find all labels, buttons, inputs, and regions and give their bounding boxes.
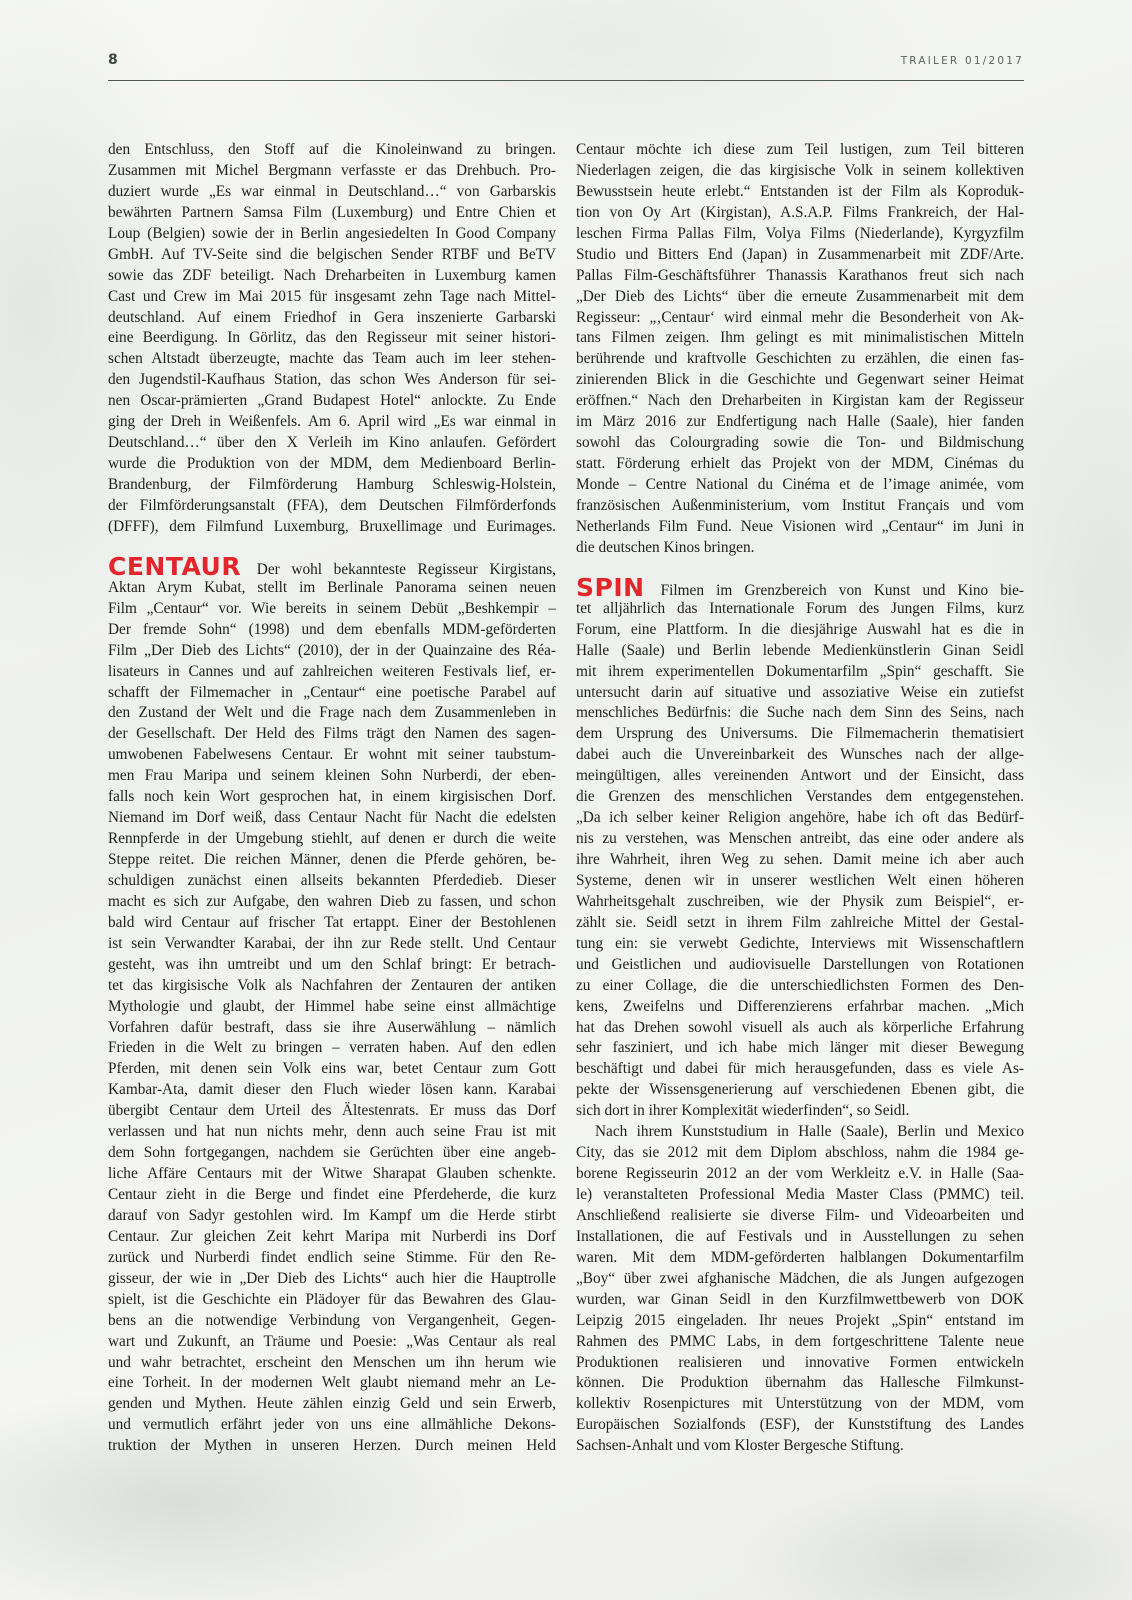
spin-body: tet alljährlich das Internationale Forum… xyxy=(576,599,1024,1122)
text-line: schen Altstadt überzeugte, machte das Te… xyxy=(108,349,556,370)
page-header: 8 TRAILER 01/2017 xyxy=(108,50,1024,81)
text-line: zinierenden Blick in die Geschichte und … xyxy=(576,370,1024,391)
text-line: der Filmförderungsanstalt (FFA), dem Deu… xyxy=(108,496,556,517)
text-line: im März 2016 zur Endfertigung nach Halle… xyxy=(576,412,1024,433)
text-line: sehr fasziniert, und ich habe mich länge… xyxy=(576,1038,1024,1059)
text-line: bald wird Centaur auf frischer Tat ertap… xyxy=(108,913,556,934)
text-line: GmbH. Auf TV-Seite sind die belgischen S… xyxy=(108,245,556,266)
text-line: umwobenen Fabelwesens Centaur. Er wohnt … xyxy=(108,745,556,766)
text-line: kollektiv Rosenpictures mit Unterstützun… xyxy=(576,1394,1024,1415)
text-line: Rennpferde in der Umgebung stiehlt, auf … xyxy=(108,829,556,850)
text-line: men Frau Maripa und seinem kleinen Sohn … xyxy=(108,766,556,787)
centaur-continued-paragraph: Centaur möchte ich diese zum Teil lustig… xyxy=(576,140,1024,559)
text-line: schuldigen zunächst einen allseits bekan… xyxy=(108,871,556,892)
text-line: Regisseur: „‚Centaur‘ wird einmal mehr d… xyxy=(576,308,1024,329)
text-line: Deutschland…“ über den X Verleih im Kino… xyxy=(108,433,556,454)
right-column: Centaur möchte ich diese zum Teil lustig… xyxy=(576,140,1024,1457)
text-line: gisseur, der wie in „Der Dieb des Lichts… xyxy=(108,1269,556,1290)
text-line: der Gesellschaft. Der Held des Films trä… xyxy=(108,724,556,745)
text-line: falls noch kein Wort gesprochen hat, in … xyxy=(108,787,556,808)
text-line: bens an die notwendige Verbindung von Ve… xyxy=(108,1311,556,1332)
text-line: ist sein Verwandter Karabai, der ihn zur… xyxy=(108,934,556,955)
text-line: Niederlagen zeigen, die das kirgisische … xyxy=(576,161,1024,182)
text-line: deutschland. Auf einem Friedhof in Gera … xyxy=(108,308,556,329)
centaur-first-line: Der wohl bekannteste Regisseur Kirgistan… xyxy=(257,561,556,578)
text-line: untersucht darin auf situative und assoz… xyxy=(576,683,1024,704)
text-line: City, das sie 2012 mit dem Diplom abschl… xyxy=(576,1143,1024,1164)
text-line: ging der Dreh in Weißenfels. Am 6. April… xyxy=(108,412,556,433)
text-line: statt. Förderung erhielt das Projekt von… xyxy=(576,454,1024,475)
text-line: übergibt Centaur dem Urteil des Ältesten… xyxy=(108,1101,556,1122)
text-line: dem Ursprung des Universums. Die Filmema… xyxy=(576,724,1024,745)
text-line: den Zustand der Welt und die Frage nach … xyxy=(108,703,556,724)
text-line: tion von Oy Art (Kirgistan), A.S.A.P. Fi… xyxy=(576,203,1024,224)
text-line: kens, Zweifelns und Differenzierens erfa… xyxy=(576,997,1024,1018)
text-line: den Entschluss, den Stoff auf die Kinole… xyxy=(108,140,556,161)
text-line: borene Regisseurin 2012 an der vom Werkl… xyxy=(576,1164,1024,1185)
text-line: dabei auch die Unvereinbarkeit des Wunsc… xyxy=(576,745,1024,766)
text-line: Studio und Bitters End (Japan) in Zusamm… xyxy=(576,245,1024,266)
text-line: berührende und kraftvolle Geschichten zu… xyxy=(576,349,1024,370)
text-line: sowie das ZDF beteiligt. Nach Dreharbeit… xyxy=(108,266,556,287)
text-line: tans Filmen zeigen. Ihm gelingt es mit m… xyxy=(576,328,1024,349)
text-line: Rahmen des PMMC Labs, in dem fortgeschri… xyxy=(576,1332,1024,1353)
text-line: wurden, war Ginan Seidl in den Kurzfilmw… xyxy=(576,1290,1024,1311)
text-line: Centaur zieht in die Berge und findet ei… xyxy=(108,1185,556,1206)
text-line: Anschließend realisierte sie diverse Fil… xyxy=(576,1206,1024,1227)
text-line: truktion der Mythen in unseren Herzen. D… xyxy=(108,1436,556,1457)
text-line: beschäftigt und dabei für mich herausgef… xyxy=(576,1059,1024,1080)
text-line: Loup (Belgien) sowie der in Berlin anges… xyxy=(108,224,556,245)
text-line: le) veranstalteten Professional Media Ma… xyxy=(576,1185,1024,1206)
text-line: gesteht, was ihn umtreibt und um den Sch… xyxy=(108,955,556,976)
text-line: ihre Wahrheit, ihren Weg zu sehen. Damit… xyxy=(576,850,1024,871)
text-line: nen Oscar-prämierten „Grand Budapest Hot… xyxy=(108,391,556,412)
text-line: dem Sohn fortgegangen, nachdem sie Gerüc… xyxy=(108,1143,556,1164)
text-line: Centaur möchte ich diese zum Teil lustig… xyxy=(576,140,1024,161)
centaur-title: CENTAUR xyxy=(108,552,241,581)
text-line: Forum, eine Plattform. In die diesjährig… xyxy=(576,620,1024,641)
text-line: Steppe reitet. Die reichen Männer, denen… xyxy=(108,850,556,871)
centaur-heading-line: CENTAUR Der wohl bekannteste Regisseur K… xyxy=(108,556,556,578)
text-line: genden und Mythen. Heute zählen einzig G… xyxy=(108,1394,556,1415)
text-line: Halle (Saale) und Berlin lebende Medienk… xyxy=(576,641,1024,662)
text-line: zurück und Nurberdi findet endlich seine… xyxy=(108,1248,556,1269)
text-line: Leipzig 2015 eingeladen. Ihr neues Proje… xyxy=(576,1311,1024,1332)
text-line: sich dort in ihrer Komplexität wiederfin… xyxy=(576,1101,1024,1122)
text-line: wart und Zukunft, an Träume und Poesie: … xyxy=(108,1332,556,1353)
text-line: Installationen, die auf Festivals und in… xyxy=(576,1227,1024,1248)
text-line: tet das kirgisische Volk als Nachfahren … xyxy=(108,976,556,997)
text-line: Netherlands Film Fund. Neue Visionen wir… xyxy=(576,517,1024,538)
text-line: menschliches Bedürfnis: die Suche nach d… xyxy=(576,703,1024,724)
text-line: Aktan Arym Kubat, stellt im Berlinale Pa… xyxy=(108,578,556,599)
text-line: Der fremde Sohn“ (1998) und dem ebenfall… xyxy=(108,620,556,641)
text-line: Bewusstsein heute erlebt.“ Entstanden is… xyxy=(576,182,1024,203)
text-line: waren. Mit dem MDM-geförderten halblange… xyxy=(576,1248,1024,1269)
text-line: und Geistlichen und audiovisuelle Darste… xyxy=(576,955,1024,976)
spin-title: SPIN xyxy=(576,573,645,602)
text-line: „Der Dieb des Lichts“ über die erneute Z… xyxy=(576,287,1024,308)
text-line: meingültigen, alles vereinenden Antwort … xyxy=(576,766,1024,787)
text-line: (DFFF), dem Filmfund Luxemburg, Bruxelli… xyxy=(108,517,556,538)
text-line: Systeme, denen wir in unserer westlichen… xyxy=(576,871,1024,892)
text-line: Frieden in die Welt zu bringen – verrate… xyxy=(108,1038,556,1059)
text-line: eine Beerdigung. In Görlitz, das den Reg… xyxy=(108,328,556,349)
text-line: zählt sie. Seidl setzt in ihrem Film zah… xyxy=(576,913,1024,934)
centaur-body: Aktan Arym Kubat, stellt im Berlinale Pa… xyxy=(108,578,556,1457)
text-line: Nach ihrem Kunststudium in Halle (Saale)… xyxy=(576,1122,1024,1143)
text-line: Niemand im Dorf weiß, dass Centaur Nacht… xyxy=(108,808,556,829)
text-line: hat das Drehen sowohl visuell als auch a… xyxy=(576,1018,1024,1039)
centaur-article: CENTAUR Der wohl bekannteste Regisseur K… xyxy=(108,556,556,1457)
text-line: den Jugendstil-Kaufhaus Station, das sch… xyxy=(108,370,556,391)
text-line: „Da ich selber keiner Religion angehöre,… xyxy=(576,808,1024,829)
text-line: Produktionen realisieren und innovative … xyxy=(576,1353,1024,1374)
text-line: Kambar-Ata, damit dieser den Fluch wiede… xyxy=(108,1080,556,1101)
text-line: und wahr betrachtet, erscheint den Mensc… xyxy=(108,1353,556,1374)
page-number: 8 xyxy=(108,52,118,68)
text-line: Pallas Film-Geschäftsführer Thanassis Ka… xyxy=(576,266,1024,287)
left-column: den Entschluss, den Stoff auf die Kinole… xyxy=(108,140,556,1457)
text-line: Film „Centaur“ vor. Wie bereits in seine… xyxy=(108,599,556,620)
text-line: Monde – Centre National du Cinéma et de … xyxy=(576,475,1024,496)
text-line: Wahrheitsgehalt zuschreiben, wie der Phy… xyxy=(576,892,1024,913)
issue-label: TRAILER 01/2017 xyxy=(901,55,1024,67)
text-line: macht es sich zur Aufgabe, den wahren Di… xyxy=(108,892,556,913)
text-line: tet alljährlich das Internationale Forum… xyxy=(576,599,1024,620)
text-line: und vermutlich erfährt jeder von uns ein… xyxy=(108,1415,556,1436)
spin-heading-line: SPIN Filmen im Grenzbereich von Kunst un… xyxy=(576,577,1024,599)
text-line: eröffnen.“ Nach den Dreharbeiten in Kirg… xyxy=(576,391,1024,412)
text-line: Film „Der Dieb des Lichts“ (2010), der i… xyxy=(108,641,556,662)
text-line: Sachsen-Anhalt und vom Kloster Bergesche… xyxy=(576,1436,1024,1457)
text-line: Pferden, mit denen sein Volk eins war, b… xyxy=(108,1059,556,1080)
text-line: liche Affäre Centaurs mit der Witwe Shar… xyxy=(108,1164,556,1185)
text-line: darauf von Sadyr gestohlen wird. Im Kamp… xyxy=(108,1206,556,1227)
text-line: nis zu verstehen, was Menschen antreibt,… xyxy=(576,829,1024,850)
text-line: Mythologie und glaubt, der Himmel habe s… xyxy=(108,997,556,1018)
text-line: sowohl das Colourgrading sowie die Ton- … xyxy=(576,433,1024,454)
text-line: französischen Außenministerium, vom Inst… xyxy=(576,496,1024,517)
text-line: leschen Firma Pallas Film, Volya Films (… xyxy=(576,224,1024,245)
text-line: schafft der Filmemacher in „Centaur“ ein… xyxy=(108,683,556,704)
text-line: zu einer Collage, die die unterschiedlic… xyxy=(576,976,1024,997)
text-line: wurde die Produktion von der MDM, dem Me… xyxy=(108,454,556,475)
text-line: Cast und Crew im Mai 2015 für insgesamt … xyxy=(108,287,556,308)
text-line: Brandenburg, der Filmförderung Hamburg S… xyxy=(108,475,556,496)
spin-article: SPIN Filmen im Grenzbereich von Kunst un… xyxy=(576,577,1024,1457)
text-line: die deutschen Kinos bringen. xyxy=(576,538,1024,559)
text-line: duziert wurde „Es war einmal in Deutschl… xyxy=(108,182,556,203)
text-line: „Boy“ über zwei afghanische Mädchen, die… xyxy=(576,1269,1024,1290)
text-line: mit ihrem experimentellen Dokumentarfilm… xyxy=(576,662,1024,683)
text-line: die Grenzen des menschlichen Verstandes … xyxy=(576,787,1024,808)
text-line: spielt, ist die Geschichte ein Plädoyer … xyxy=(108,1290,556,1311)
text-line: lisateurs in Cannes und auf zahlreichen … xyxy=(108,662,556,683)
spin-paragraph-2: Nach ihrem Kunststudium in Halle (Saale)… xyxy=(576,1122,1024,1457)
text-line: bewährten Partnern Samsa Film (Luxemburg… xyxy=(108,203,556,224)
text-line: Centaur. Zur gleichen Zeit kehrt Maripa … xyxy=(108,1227,556,1248)
text-line: Europäischen Sozialfonds (ESF), der Kuns… xyxy=(576,1415,1024,1436)
text-line: verlassen und hat nun nichts mehr, denn … xyxy=(108,1122,556,1143)
text-line: Vorfahren dafür bestraft, dass sie ihre … xyxy=(108,1018,556,1039)
spin-first-line: Filmen im Grenzbereich von Kunst und Kin… xyxy=(661,582,1024,599)
text-line: tung ein: sie verwebt Gedichte, Intervie… xyxy=(576,934,1024,955)
text-line: pekte der Wissensgenerierung auf verschi… xyxy=(576,1080,1024,1101)
text-line: eine Torheit. In der modernen Welt glaub… xyxy=(108,1373,556,1394)
intro-paragraph: den Entschluss, den Stoff auf die Kinole… xyxy=(108,140,556,538)
text-line: können. Die Produktion übernahm das Hall… xyxy=(576,1373,1024,1394)
text-line: Zusammen mit Michel Bergmann verfasste e… xyxy=(108,161,556,182)
